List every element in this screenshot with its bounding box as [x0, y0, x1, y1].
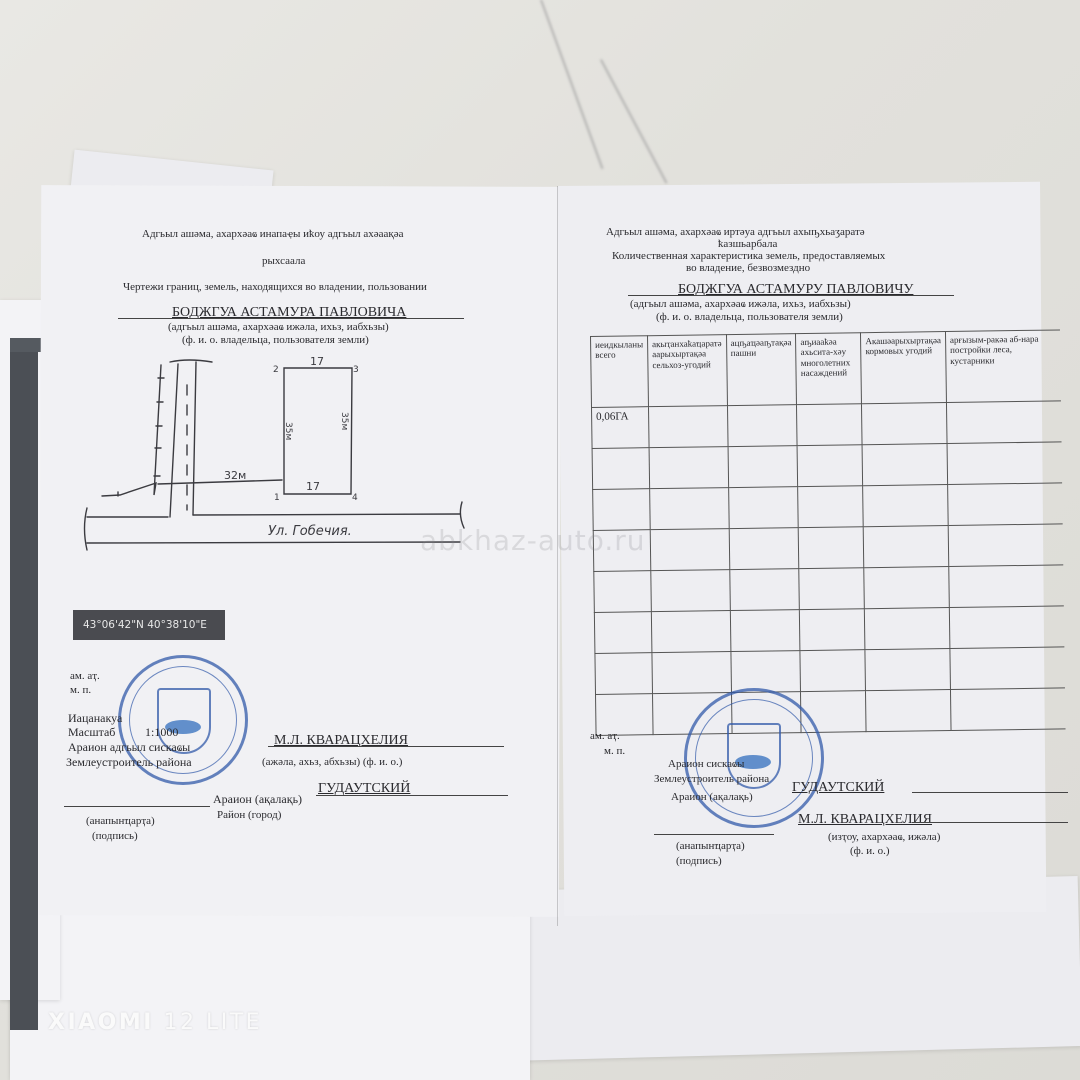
header-forage: Акашәарыхыртақәа кормовых угодий: [861, 332, 947, 404]
plot-side-left: 35м: [283, 422, 293, 440]
background-sheet-bottom-left: [10, 900, 530, 1080]
plot-distance: 32м: [224, 469, 246, 482]
right-district-value: ГУДАУТСКИЙ: [792, 780, 884, 795]
table-cell: [864, 567, 949, 609]
table-cell: [866, 690, 951, 732]
table-cell: [650, 529, 729, 571]
table-cell: [648, 406, 727, 448]
left-title-abkhaz-2: рыхсаала: [262, 255, 305, 267]
plot-side-right: 35м: [339, 412, 349, 430]
right-official-title-abkhaz: Араион сискаҩы: [668, 758, 744, 770]
left-owner-caption-russian: (ф. и. о. владельца, пользователя земли): [182, 334, 369, 346]
right-owner-caption-russian: (ф. и. о. владельца, пользователя земли): [656, 311, 843, 323]
table-row: [593, 524, 1063, 572]
right-title-abkhaz-2: ҟазшьарбала: [718, 238, 777, 250]
street-name: Ул. Гобечия.: [268, 524, 352, 539]
table-cell: [950, 647, 1065, 690]
scale-value: 1:1000: [145, 726, 178, 739]
left-owner-line: [118, 318, 464, 319]
table-cell: [862, 403, 947, 445]
header-total: иеидкыланы всего: [591, 336, 649, 408]
table-cell: [650, 488, 729, 530]
right-owner-caption-abkhaz: (адгьыл ашәма, ахархәаҩ ижәла, ихьз, иаб…: [630, 298, 851, 310]
scale-label-russian: Масштаб: [68, 726, 115, 739]
right-title-abkhaz: Адгьыл ашәма, ахархәаҩ иртәуа адгьыл ахы…: [606, 226, 865, 238]
table-cell: [950, 688, 1065, 731]
left-signature-caption-russian: (подпись): [92, 830, 138, 842]
camera-caption: XIAOMI 12 LITE: [48, 1010, 262, 1035]
plot-side-bottom: 17: [306, 480, 320, 493]
header-perennial: аҧиааҟәа ахьсита-хәу многолетних насажде…: [796, 333, 862, 405]
table-cell: [729, 569, 799, 611]
left-signature-caption-abkhaz: (анапынҵарҭа): [86, 815, 155, 827]
left-district-line: [316, 795, 508, 796]
left-seal-abbr-abkhaz: ам. аҭ.: [70, 670, 100, 682]
header-arable: ацҧаҵәаҧтақәа пашни: [726, 334, 797, 406]
right-title-russian-2: во владение, безвозмездно: [686, 262, 810, 274]
left-district-label-russian: Район (город): [217, 809, 281, 821]
table-cell: [800, 650, 866, 692]
table-cell: [728, 487, 798, 529]
table-cell: [594, 571, 652, 613]
table-cell: [797, 445, 863, 487]
table-row: [596, 688, 1066, 736]
table-cell: [798, 486, 864, 528]
table-cell: [865, 649, 950, 691]
table-row: [594, 606, 1064, 654]
header-other: арғызым-ракәа аб-нара постройки леса, ку…: [945, 330, 1061, 403]
left-official-name-caption: (ажәла, ахьз, абхьзы) (ф. и. о.): [262, 756, 402, 768]
header-agricultural: акыҭанхаҟаҵаратә аарыхыртақәа сельхоз-уг…: [648, 335, 727, 407]
table-cell: [730, 610, 800, 652]
right-district-line: [912, 792, 1068, 793]
left-official-title-russian: Землеустроитель района: [66, 756, 192, 769]
plot-side-top: 17: [310, 355, 324, 368]
right-signature-line: [654, 834, 774, 835]
camera-brand: XIAOMI: [48, 1010, 154, 1035]
table-row: [594, 565, 1064, 613]
right-district-label-abkhaz: Араион (ақалақь): [671, 791, 753, 803]
right-title-russian: Количественная характеристика земель, пр…: [612, 250, 885, 262]
right-official-caption-russian: (ф. и. о.): [850, 845, 890, 857]
table-cell: [946, 401, 1061, 444]
marble-vein: [540, 0, 603, 169]
camera-model: 12 LITE: [163, 1010, 262, 1035]
left-owner-caption-abkhaz: (адгьыл ашәма, ахархәаҩ ижәла, ихьз, иаб…: [168, 321, 389, 333]
corner-2: 2: [273, 365, 279, 375]
table-cell: [727, 405, 797, 447]
table-cell: [799, 527, 865, 569]
table-cell: [947, 483, 1062, 526]
right-seal-abbr-abkhaz: ам. аҭ.: [590, 730, 620, 742]
right-seal-abbr-russian: м. п.: [604, 745, 625, 757]
right-official-caption-abkhaz: (изҭоу, ахархәаҩ, ижәла): [828, 831, 940, 843]
table-cell: [865, 608, 950, 650]
right-official-line: [912, 822, 1068, 823]
land-characteristics-table: иеидкыланы всего акыҭанхаҟаҵаратә аарыхы…: [590, 329, 1066, 736]
table-cell: [595, 653, 653, 695]
tablet-device: [10, 350, 38, 1030]
table-cell: [728, 446, 798, 488]
left-title-abkhaz: Адгьыл ашәма, ахархәаҩ инапаҿы иҟоу адгь…: [142, 228, 404, 240]
table-cell: [592, 448, 650, 490]
left-official-title-abkhaz: Араион адгьыл сискаҩы: [68, 741, 190, 754]
corner-1: 1: [274, 493, 280, 503]
table-cell: [862, 444, 947, 486]
corner-4: 4: [352, 493, 358, 503]
plot-boundary-sketch: 17 17 32м 35м 35м 1 2 3 4 Ул. Гобечия.: [60, 350, 480, 560]
left-official-line: [268, 746, 504, 747]
gps-coordinates-label: 43°06'42"N 40°38'10"E: [73, 610, 225, 640]
table-cell: [594, 612, 652, 654]
table-cell: [799, 568, 865, 610]
right-official-title-russian: Землеустроитель района: [654, 773, 769, 785]
marble-vein: [600, 59, 667, 184]
table-cell: 0,06ГА: [591, 407, 649, 449]
table-cell: [949, 565, 1064, 608]
table-cell: [949, 606, 1064, 649]
table-cell: [651, 611, 730, 653]
scale-label-abkhaz: Иацанакуа: [68, 712, 122, 725]
table-cell: [947, 442, 1062, 485]
table-row: 0,06ГА: [591, 401, 1061, 449]
table-row: [592, 442, 1062, 490]
table-cell: [797, 404, 863, 446]
table-cell: [948, 524, 1063, 567]
table-header-row: иеидкыланы всего акыҭанхаҟаҵаратә аарыхы…: [591, 330, 1061, 408]
table-row: [595, 647, 1065, 695]
table-cell: [729, 528, 799, 570]
left-signature-line: [64, 806, 210, 807]
left-title-russian: Чертежи границ, земель, находящихся во в…: [123, 281, 427, 293]
left-seal-abbr-russian: м. п.: [70, 684, 91, 696]
table-cell: [649, 447, 728, 489]
watermark: abkhaz-auto.ru: [420, 524, 646, 557]
table-row: [593, 483, 1063, 531]
corner-3: 3: [353, 365, 359, 375]
table-cell: [863, 485, 948, 527]
right-signature-caption-russian: (подпись): [676, 855, 722, 867]
table-cell: [730, 651, 800, 693]
table-cell: [800, 609, 866, 651]
table-cell: [864, 526, 949, 568]
right-signature-caption-abkhaz: (анапынҵарҭа): [676, 840, 745, 852]
table-cell: [652, 652, 731, 694]
right-owner-line: [628, 295, 954, 296]
table-cell: [651, 570, 730, 612]
left-district-label-abkhaz: Араион (ақалақь): [213, 793, 302, 806]
right-official-name: М.Л. КВАРАЦХЕЛИЯ: [798, 812, 932, 827]
